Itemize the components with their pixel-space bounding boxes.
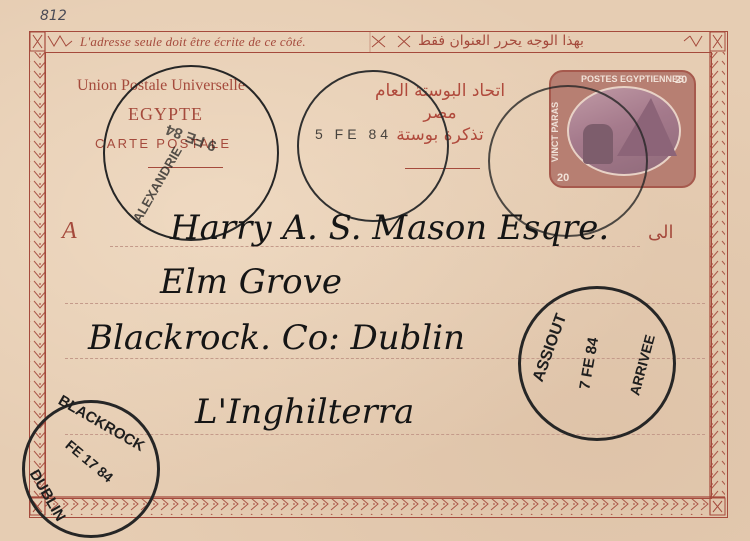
instruction-arabic: بهذا الوجه يحرر العنوان فقط bbox=[418, 33, 584, 49]
stamp-value-top: 20 bbox=[675, 74, 687, 86]
postmark-cairo: 5 FE 84 bbox=[297, 70, 449, 222]
postmark-date: 5 FE 84 bbox=[315, 126, 392, 142]
stamp-top-text: POSTES EGYPTIENNES bbox=[581, 74, 684, 84]
address-prefix-latin: A bbox=[62, 218, 77, 245]
address-prefix-arabic: الى bbox=[648, 222, 674, 243]
instruction-french: L'adresse seule doit être écrite de ce c… bbox=[80, 34, 306, 50]
address-town: Blackrock. Co: Dublin bbox=[88, 318, 465, 358]
address-name: Harry A. S. Mason Esqre. bbox=[170, 208, 609, 248]
postmark-arrivee: ARRIVEE bbox=[626, 333, 658, 397]
postmark-blackrock: BLACKROCK FE 17 84 DUBLIN bbox=[22, 400, 160, 538]
postmark-date: FE 17 84 bbox=[63, 437, 117, 486]
postmark-date: 7 FE 84 bbox=[576, 336, 602, 391]
address-street: Elm Grove bbox=[160, 262, 342, 302]
postmark-town: ASSIOUT bbox=[530, 312, 571, 385]
address-country: L'Inghilterra bbox=[195, 392, 414, 432]
postmark-assiout: ASSIOUT 7 FE 84 ARRIVEE bbox=[518, 286, 676, 441]
postcard: 812 L'adresse s bbox=[0, 0, 750, 541]
